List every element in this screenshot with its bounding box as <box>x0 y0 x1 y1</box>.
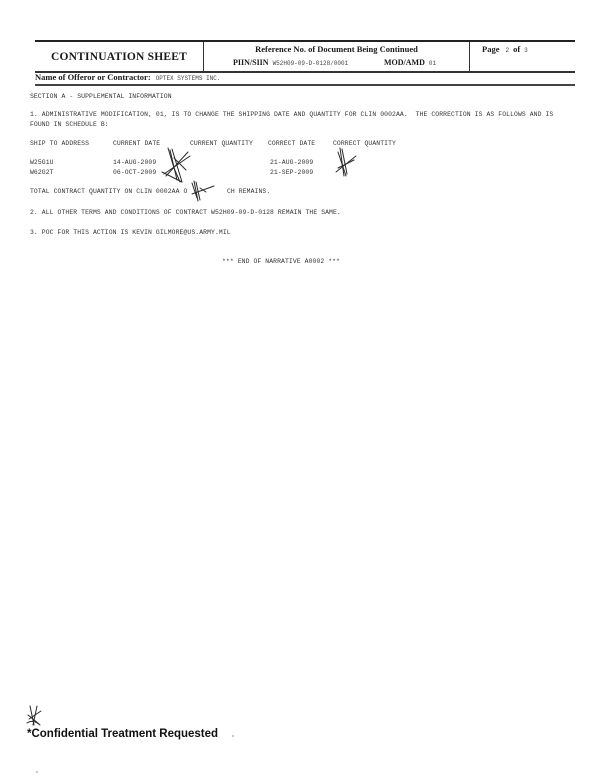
row-current-date: 06-OCT-2009 <box>113 169 156 176</box>
piin-value: W52H09-09-D-0128/0001 <box>273 60 349 67</box>
page-of-label: of <box>513 44 520 54</box>
item3: 3. POC FOR THIS ACTION IS KEVIN GILMORE@… <box>30 229 231 236</box>
item1-line1: 1. ADMINISTRATIVE MODIFICATION, 01, IS T… <box>30 111 553 118</box>
continuation-sheet-header: CONTINUATION SHEET Reference No. of Docu… <box>35 40 575 73</box>
col-header-correct-date: CORRECT DATE <box>268 140 315 147</box>
redaction-mark-icon <box>25 705 45 727</box>
scan-speck <box>36 771 38 773</box>
item1-line2: FOUND IN SCHEDULE B: <box>30 121 109 128</box>
col-header-current-quantity: CURRENT QUANTITY <box>190 140 253 147</box>
redaction-mark-icon <box>160 146 194 184</box>
confidential-note: *Confidential Treatment Requested <box>27 728 218 740</box>
section-heading: SECTION A - SUPPLEMENTAL INFORMATION <box>30 93 172 100</box>
row-ship-to: W25G1U <box>30 159 54 166</box>
reference-cell: Reference No. of Document Being Continue… <box>204 42 470 71</box>
end-of-narrative: *** END OF NARRATIVE A0002 *** <box>222 258 340 265</box>
row-correct-date: 21-SEP-2009 <box>270 169 313 176</box>
redaction-mark-icon <box>334 146 358 178</box>
scan-speck <box>232 735 234 737</box>
page-total: 3 <box>524 47 528 54</box>
reference-title: Reference No. of Document Being Continue… <box>204 44 469 54</box>
row-current-date: 14-AUG-2009 <box>113 159 156 166</box>
offeror-row: Name of Offeror or Contractor:OPTEX SYST… <box>35 71 575 86</box>
mod-field: MOD/AMD01 <box>384 58 436 67</box>
offeror-label: Name of Offeror or Contractor: <box>35 72 151 82</box>
row-correct-date: 21-AUG-2009 <box>270 159 313 166</box>
piin-field: PIIN/SIINW52H09-09-D-0128/0001 <box>233 58 348 67</box>
mod-value: 01 <box>429 60 436 67</box>
total-quantity-line-start: TOTAL CONTRACT QUANTITY ON CLIN 0002AA O <box>30 188 187 195</box>
offeror-value: OPTEX SYSTEMS INC. <box>156 75 221 82</box>
mod-label: MOD/AMD <box>384 58 425 67</box>
redaction-mark-icon <box>188 180 216 202</box>
sheet-title: CONTINUATION SHEET <box>35 42 204 71</box>
page-cell: Page2of3 <box>470 42 575 71</box>
page-label: Page <box>482 44 499 54</box>
col-header-current-date: CURRENT DATE <box>113 140 160 147</box>
piin-label: PIIN/SIIN <box>233 58 269 67</box>
page-current: 2 <box>505 47 509 54</box>
item2: 2. ALL OTHER TERMS AND CONDITIONS OF CON… <box>30 209 341 216</box>
row-ship-to: W62G2T <box>30 169 54 176</box>
page-number: Page2of3 <box>482 44 528 54</box>
total-quantity-line-end: CH REMAINS. <box>227 188 270 195</box>
col-header-ship-to: SHIP TO ADDRESS <box>30 140 89 147</box>
